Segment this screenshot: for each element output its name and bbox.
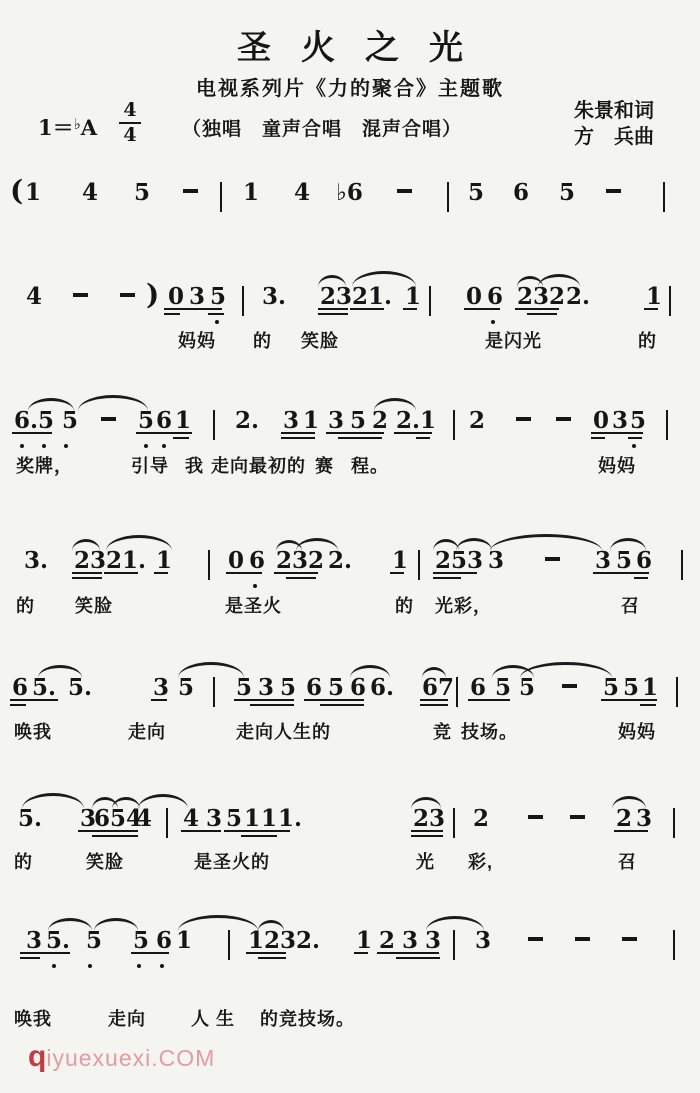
note-token: ) <box>146 282 159 308</box>
note-token: 3 <box>283 409 299 432</box>
barline <box>673 808 675 838</box>
note-token: 1 <box>646 285 662 308</box>
lyric-word: 笑脸 <box>75 592 113 618</box>
note-token: 3 <box>258 676 274 699</box>
beam-line <box>281 432 315 434</box>
note-dash <box>562 684 577 688</box>
octave-dot <box>52 964 56 968</box>
slur-arc <box>538 274 580 287</box>
note-token: 5 <box>350 409 366 432</box>
slur-arc <box>520 662 612 678</box>
note-dash <box>575 937 590 941</box>
note-token: 6 <box>350 676 366 699</box>
note-dash <box>622 937 637 941</box>
beam-line <box>151 699 167 701</box>
note-token: 5. <box>46 929 70 952</box>
lyric-word: 的 <box>16 592 35 618</box>
note-token: 1 <box>25 181 41 204</box>
slur-arc <box>178 915 258 931</box>
lyric-word: 的 <box>638 327 657 353</box>
beam-line <box>164 313 180 315</box>
beam-line <box>131 952 169 954</box>
octave-dot <box>42 444 46 448</box>
beam-line <box>92 830 138 832</box>
barline <box>242 286 244 316</box>
beam-line <box>614 830 648 832</box>
slur-arc <box>22 793 84 809</box>
note-token: 4 <box>136 807 152 830</box>
beam-line <box>640 704 656 706</box>
octave-dot <box>64 444 68 448</box>
note-token: 0 <box>168 285 184 308</box>
beam-line <box>10 704 26 706</box>
note-token: 21. <box>352 285 392 308</box>
note-token: 1 <box>261 807 277 830</box>
beam-line <box>433 572 477 574</box>
beam-line <box>181 830 221 832</box>
beam-line <box>72 577 102 579</box>
note-token: 5 <box>559 181 575 204</box>
watermark: qiyuexuexi.COM <box>28 1042 215 1072</box>
beam-line <box>411 835 443 837</box>
note-token: 23 <box>74 549 106 572</box>
lyric-word: 光彩， <box>435 592 492 618</box>
barline <box>228 930 230 960</box>
lyric-word: 召 <box>621 592 640 618</box>
octave-dot <box>253 584 257 588</box>
lyric-word: 的 <box>14 848 33 874</box>
beam-line <box>10 699 58 701</box>
note-token: 1 <box>176 929 192 952</box>
beam-line <box>403 308 417 310</box>
note-token: 2 <box>616 807 632 830</box>
note-token: 4 <box>183 807 199 830</box>
slur-arc <box>426 916 484 931</box>
lyric-word: 光 <box>416 848 435 874</box>
beam-line <box>258 957 286 959</box>
barline <box>663 182 665 212</box>
note-token: 1 <box>642 676 658 699</box>
note-dash <box>101 417 116 421</box>
beam-line <box>226 572 262 574</box>
beam-line <box>320 704 364 706</box>
slur-arc <box>422 667 446 678</box>
note-token: 3. <box>24 549 48 572</box>
beam-line <box>274 572 318 574</box>
note-token: 2 <box>379 929 395 952</box>
lyric-word: 妈妈 <box>598 452 636 478</box>
note-token: 21. <box>106 549 146 572</box>
note-dash <box>397 189 412 193</box>
note-token: 3 <box>402 929 418 952</box>
beam-line <box>644 308 658 310</box>
beam-line <box>326 432 384 434</box>
lyric-word: 的 <box>395 592 414 618</box>
beam-line <box>420 699 448 701</box>
barline <box>418 550 420 580</box>
note-token: 1 <box>303 409 319 432</box>
note-token: 2. <box>235 409 259 432</box>
note-token: 3 <box>26 929 42 952</box>
note-token: 3 <box>206 807 222 830</box>
beam-line <box>234 699 294 701</box>
note-token: 3 <box>595 549 611 572</box>
time-signature-bottom: 4 <box>117 125 143 146</box>
note-token: 6 <box>487 285 503 308</box>
note-token: 1 <box>392 549 408 572</box>
beam-line <box>318 308 348 310</box>
barline <box>453 808 455 838</box>
barline <box>213 410 215 440</box>
note-token: 6 <box>513 181 529 204</box>
note-token: 3 <box>425 929 441 952</box>
lyric-word: 是圣火 <box>225 592 282 618</box>
note-token: 3 <box>636 807 652 830</box>
octave-dot <box>20 444 24 448</box>
note-dash <box>606 189 621 193</box>
lyricist-credit: 朱景和词 <box>574 98 654 124</box>
slur-arc <box>352 271 416 287</box>
note-token: 5 <box>134 181 150 204</box>
slur-arc <box>38 665 82 678</box>
beam-line <box>338 437 382 439</box>
beam-line <box>394 432 432 434</box>
note-token: 3 <box>328 409 344 432</box>
time-signature: 4 4 <box>117 100 143 146</box>
beam-line <box>241 835 277 837</box>
note-dash <box>73 293 88 297</box>
beam-line <box>250 704 294 706</box>
barline <box>429 286 431 316</box>
slur-arc <box>411 797 441 809</box>
note-token: 6 <box>12 676 28 699</box>
slur-arc <box>78 395 148 411</box>
barline <box>213 677 215 707</box>
note-token: 6 <box>636 549 652 572</box>
note-token: 1 <box>175 409 191 432</box>
note-token: 654 <box>94 807 142 830</box>
barline <box>669 286 671 316</box>
slur-arc <box>258 920 284 931</box>
lyric-word: 是闪光 <box>485 327 542 353</box>
note-token: 23 <box>320 285 352 308</box>
barline <box>453 930 455 960</box>
beam-line <box>72 572 102 574</box>
note-token: 232 <box>276 549 324 572</box>
beam-line <box>173 437 189 439</box>
beam-line <box>20 952 70 954</box>
note-token: 6 <box>156 929 172 952</box>
note-dash <box>556 417 571 421</box>
composer-credit: 方 兵曲 <box>574 124 654 150</box>
lyric-word: 笑脸 <box>301 327 339 353</box>
song-subtitle: 电视系列片《力的聚合》主题歌 <box>0 72 700 101</box>
barline <box>666 410 668 440</box>
slur-arc <box>112 797 140 809</box>
beam-line <box>377 952 439 954</box>
octave-dot <box>632 444 636 448</box>
note-token: 5 <box>236 676 252 699</box>
slur-arc <box>318 275 346 287</box>
beam-line <box>433 577 461 579</box>
slur-arc <box>490 534 602 551</box>
note-token: 123 <box>248 929 296 952</box>
barline <box>673 930 675 960</box>
song-title: 圣火之光 <box>0 20 700 69</box>
note-token: 5 <box>603 676 619 699</box>
note-token: ( <box>10 178 23 204</box>
note-token: 5 <box>468 181 484 204</box>
beam-line <box>420 704 448 706</box>
beam-line <box>396 957 440 959</box>
octave-dot <box>491 320 495 324</box>
beam-line <box>634 577 648 579</box>
octave-dot <box>137 964 141 968</box>
note-token: 1. <box>278 807 302 830</box>
note-token: 232 <box>517 285 565 308</box>
note-token: 3 <box>612 409 628 432</box>
octave-dot <box>88 964 92 968</box>
lyric-word: 赛 <box>315 452 334 478</box>
credits: 朱景和词 方 兵曲 <box>574 98 654 150</box>
note-token: 67 <box>422 676 454 699</box>
beam-line <box>104 572 138 574</box>
note-token: 2 <box>372 409 388 432</box>
note-token: 5 <box>495 676 511 699</box>
lyric-word: 唤我 <box>14 718 52 744</box>
beam-line <box>92 835 138 837</box>
watermark-text: iyuexuexi.COM <box>46 1045 215 1071</box>
note-token: 2. <box>328 549 352 572</box>
beam-line <box>527 313 557 315</box>
note-token: 2.1 <box>396 409 436 432</box>
lyric-word: 彩, <box>468 848 493 874</box>
beam-line <box>354 952 368 954</box>
beam-line <box>164 308 222 310</box>
lyric-word: 程。 <box>351 452 389 478</box>
lyric-word: 唤我 <box>14 1005 52 1031</box>
beam-line <box>12 432 52 434</box>
note-token: 2 <box>473 807 489 830</box>
note-token: ♭6 <box>336 181 363 204</box>
beam-line <box>591 432 643 434</box>
lyric-word: 召 <box>618 848 637 874</box>
beam-line <box>154 572 168 574</box>
note-token: 6 <box>470 676 486 699</box>
slur-arc <box>612 796 646 809</box>
note-token: 5 <box>86 929 102 952</box>
beam-line <box>281 437 315 439</box>
slur-arc <box>456 538 492 551</box>
key-num: 1＝ <box>38 115 74 140</box>
note-token: 23 <box>413 807 445 830</box>
slur-arc <box>138 794 188 809</box>
note-token: 3 <box>488 549 504 572</box>
octave-dot <box>144 444 148 448</box>
beam-line <box>136 432 192 434</box>
note-token: 5 <box>210 285 226 308</box>
barline <box>456 677 458 707</box>
beam-line <box>411 830 443 832</box>
note-token: 0 <box>466 285 482 308</box>
barline <box>208 550 210 580</box>
lyric-word: 奖牌， <box>16 452 73 478</box>
lyric-word: 生 <box>216 1005 235 1031</box>
beam-line <box>20 957 40 959</box>
note-token: 5. <box>32 676 56 699</box>
barline <box>453 410 455 440</box>
lyric-word: 人 <box>191 1005 210 1031</box>
beam-line <box>515 308 559 310</box>
note-token: 2. <box>296 929 320 952</box>
lyric-word: 走向 <box>128 718 166 744</box>
lyric-word: 妈妈 <box>618 718 656 744</box>
beam-line <box>593 572 649 574</box>
beam-line <box>464 308 500 310</box>
note-dash <box>516 417 531 421</box>
key-signature: 1＝♭A <box>38 112 97 142</box>
beam-line <box>416 437 430 439</box>
note-dash <box>545 557 560 561</box>
note-token: 5. <box>68 676 92 699</box>
barline <box>676 677 678 707</box>
performance-note: （独唱 童声合唱 混声合唱） <box>182 114 462 141</box>
lyric-word: 竞 <box>433 718 452 744</box>
barline <box>447 182 449 212</box>
note-token: 6.5 <box>14 409 54 432</box>
barline <box>166 808 168 838</box>
note-token: 5 <box>630 409 646 432</box>
note-token: 3 <box>475 929 491 952</box>
lyric-word: 笑脸 <box>86 848 124 874</box>
note-token: 5 <box>616 549 632 572</box>
slur-arc <box>106 535 172 551</box>
note-token: 1 <box>405 285 421 308</box>
barline <box>220 182 222 212</box>
note-token: 5 <box>623 676 639 699</box>
note-token: 253 <box>435 549 483 572</box>
beam-line <box>390 572 404 574</box>
slur-arc <box>178 662 244 678</box>
lyric-word: 引导 <box>131 452 169 478</box>
note-token: 5 <box>178 676 194 699</box>
flat-icon: ♭ <box>74 115 81 133</box>
note-token: 3. <box>262 285 286 308</box>
sheet-music-page: 圣火之光 电视系列片《力的聚合》主题歌 1＝♭A 4 4 （独唱 童声合唱 混声… <box>0 0 700 1093</box>
barline <box>681 550 683 580</box>
note-token: 1 <box>243 181 259 204</box>
key-letter: A <box>81 115 97 140</box>
beam-line <box>468 699 510 701</box>
note-dash <box>570 815 585 819</box>
slur-arc <box>374 398 416 411</box>
note-token: 6 <box>156 409 172 432</box>
slur-arc <box>296 538 338 551</box>
beam-line <box>224 830 290 832</box>
note-token: 5. <box>18 807 42 830</box>
octave-dot <box>215 320 219 324</box>
slur-arc <box>48 918 92 931</box>
note-token: 1 <box>244 807 260 830</box>
note-token: 4 <box>294 181 310 204</box>
note-token: 5 <box>519 676 535 699</box>
beam-line <box>304 699 364 701</box>
note-token: 1 <box>156 549 172 572</box>
lyric-word: 技场。 <box>461 718 518 744</box>
octave-dot <box>160 964 164 968</box>
note-token: 0 <box>593 409 609 432</box>
note-token: 3 <box>153 676 169 699</box>
note-token: 6. <box>370 676 394 699</box>
note-token: 5 <box>133 929 149 952</box>
slur-arc <box>610 538 646 551</box>
beam-line <box>350 308 384 310</box>
beam-line <box>628 437 642 439</box>
note-token: 2. <box>566 285 590 308</box>
note-token: 5 <box>280 676 296 699</box>
octave-dot <box>162 444 166 448</box>
note-dash <box>528 937 543 941</box>
beam-line <box>591 437 605 439</box>
note-token: 5 <box>62 409 78 432</box>
lyric-word: 的 <box>253 327 272 353</box>
slur-arc <box>28 398 74 411</box>
note-token: 4 <box>82 181 98 204</box>
note-token: 5 <box>138 409 154 432</box>
note-token: 0 <box>228 549 244 572</box>
lyric-word: 走向人生的 <box>236 718 331 744</box>
beam-line <box>246 952 286 954</box>
beam-line <box>601 699 657 701</box>
time-signature-top: 4 <box>117 100 143 121</box>
note-token: 6 <box>249 549 265 572</box>
note-dash <box>528 815 543 819</box>
note-token: 6 <box>306 676 322 699</box>
note-token: 2 <box>469 409 485 432</box>
note-dash <box>183 189 198 193</box>
lyric-word: 走向 <box>108 1005 146 1031</box>
note-token: 3 <box>189 285 205 308</box>
lyric-word: 我 <box>185 452 204 478</box>
lyric-word: 是圣火的 <box>194 848 270 874</box>
beam-line <box>208 313 224 315</box>
beam-line <box>318 313 348 315</box>
note-token: 1 <box>356 929 372 952</box>
beam-line <box>286 577 316 579</box>
note-token: 4 <box>26 285 42 308</box>
slur-arc <box>72 539 100 551</box>
note-dash <box>120 293 135 297</box>
slur-arc <box>94 918 138 931</box>
lyric-word: 走向最初的 <box>211 452 306 478</box>
slur-arc <box>350 665 390 678</box>
watermark-logo-q: q <box>28 1040 46 1073</box>
note-token: 5 <box>328 676 344 699</box>
lyric-word: 妈妈 <box>178 327 216 353</box>
lyric-word: 的竞技场。 <box>260 1005 355 1031</box>
note-token: 5 <box>226 807 242 830</box>
